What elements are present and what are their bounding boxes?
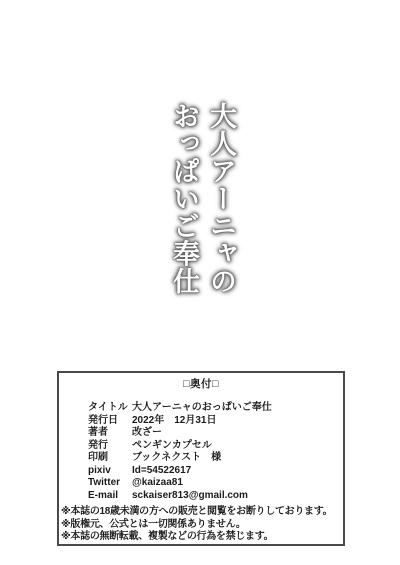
publication-info: タイトル 大人アーニャのおっぱいご奉仕 発行日 2022年 12月31日 著者 … (88, 402, 343, 465)
info-label-printer: 印刷 (88, 452, 132, 465)
colophon-header: □奥付□ (59, 378, 343, 390)
info-value-printer: ブックネクスト 様 (132, 452, 343, 465)
contact-label-twitter: Twitter (88, 477, 132, 490)
doujin-title-vertical: 大人アーニャの おっぱいご奉仕 (165, 102, 239, 302)
contact-info: pixiv Id=54522617 Twitter @kaizaa81 E-ma… (88, 465, 343, 503)
contact-row-email: E-mail sckaiser813@gmail.com (88, 490, 343, 503)
info-label-publish-date: 発行日 (88, 415, 132, 428)
colophon-box: □奥付□ タイトル 大人アーニャのおっぱいご奉仕 発行日 2022年 12月31… (57, 371, 345, 546)
info-value-author: 改ざー (132, 427, 343, 440)
disclaimer-notes: ※本誌の18歳未満の方への販売と閲覧をお断りしております。 ※版権元、公式とは一… (61, 506, 343, 544)
contact-value-twitter-handle: @kaizaa81 (132, 477, 343, 490)
info-value-publish-date: 2022年 12月31日 (132, 415, 343, 428)
contact-row-pixiv: pixiv Id=54522617 (88, 465, 343, 478)
info-label-title: タイトル (88, 402, 132, 415)
info-label-publisher: 発行 (88, 440, 132, 453)
info-value-title: 大人アーニャのおっぱいご奉仕 (132, 402, 343, 415)
doujin-title-column-left: おっぱいご奉仕 (165, 102, 202, 302)
note-unofficial: ※版権元、公式とは一切関係ありません。 (61, 519, 343, 532)
contact-label-email: E-mail (88, 490, 132, 503)
contact-label-pixiv: pixiv (88, 465, 132, 478)
note-no-reproduction: ※本誌の無断転載、複製などの行為を禁じます。 (61, 531, 343, 544)
info-row-publisher: 発行 ペンギンカプセル (88, 440, 343, 453)
contact-row-twitter: Twitter @kaizaa81 (88, 477, 343, 490)
info-value-publisher: ペンギンカプセル (132, 440, 343, 453)
info-row-author: 著者 改ざー (88, 427, 343, 440)
info-label-author: 著者 (88, 427, 132, 440)
colophon-page: 大人アーニャの おっぱいご奉仕 □奥付□ タイトル 大人アーニャのおっぱいご奉仕… (0, 0, 400, 565)
contact-value-email-address: sckaiser813@gmail.com (132, 490, 343, 503)
doujin-title-column-right: 大人アーニャの (202, 102, 239, 302)
note-age-restriction: ※本誌の18歳未満の方への販売と閲覧をお断りしております。 (61, 506, 343, 519)
info-row-publish-date: 発行日 2022年 12月31日 (88, 415, 343, 428)
info-row-printer: 印刷 ブックネクスト 様 (88, 452, 343, 465)
info-row-title: タイトル 大人アーニャのおっぱいご奉仕 (88, 402, 343, 415)
contact-value-pixiv-id: Id=54522617 (132, 465, 343, 478)
